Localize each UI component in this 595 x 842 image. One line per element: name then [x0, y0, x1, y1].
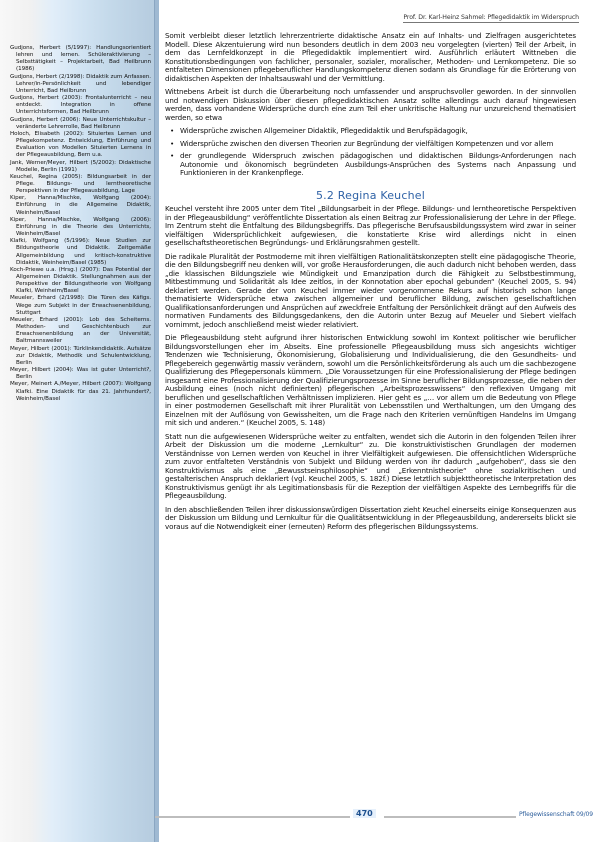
reference-entry: Gudjons, Herbert (2006): Neue Unterricht…: [10, 117, 151, 131]
bullet-item: •Widersprüche zwischen Allgemeiner Didak…: [165, 127, 576, 136]
bullet-list: •Widersprüche zwischen Allgemeiner Didak…: [165, 127, 576, 178]
bullet-icon: •: [170, 127, 174, 136]
sidebar-stripe: [154, 0, 159, 842]
bullet-text: Widersprüche zwischen den diversen Theor…: [180, 139, 553, 148]
reference-entry: Gudjons, Herbert (2003): Frontalunterric…: [10, 95, 151, 116]
reference-entry: Jank, Werner/Meyer, Hilbert (5/2002): Di…: [10, 160, 151, 174]
bullet-text: Widersprüche zwischen Allgemeiner Didakt…: [180, 126, 468, 135]
paragraph: Die Pflegeausbildung steht aufgrund ihre…: [165, 334, 576, 428]
reference-list: Gudjons, Herbert (5/1997): Handlungsorie…: [10, 45, 151, 403]
section-heading: 5.2 Regina Keuchel: [165, 192, 576, 201]
reference-entry: Holoch, Elisabeth (2002): Situiertes Ler…: [10, 131, 151, 160]
reference-entry: Gudjons, Herbert (2/1998): Didaktik zum …: [10, 74, 151, 95]
paragraph: Keuchel versteht ihre 2005 unter dem Tit…: [165, 205, 576, 248]
bullet-item: •Widersprüche zwischen den diversen Theo…: [165, 140, 576, 149]
references-sidebar: Gudjons, Herbert (5/1997): Handlungsorie…: [0, 0, 157, 842]
reference-entry: Meueler, Erhard (2001): Lob des Scheiter…: [10, 317, 151, 346]
reference-entry: Meyer, Meinert A./Meyer, Hilbert (2007):…: [10, 381, 151, 402]
paragraph: Statt nun die aufgewiesenen Widersprüche…: [165, 433, 576, 501]
footer-rule-left: [155, 816, 350, 818]
journal-label: Pflegewissenschaft 09/09: [519, 811, 593, 818]
paragraph: Somit verbleibt dieser letztlich lehrerz…: [165, 32, 576, 83]
bullet-icon: •: [170, 152, 174, 161]
paragraph: In den abschließenden Teilen ihrer disku…: [165, 506, 576, 532]
page-number: 470: [353, 809, 376, 818]
reference-entry: Keuchel, Regina (2005): Bildungsarbeit i…: [10, 174, 151, 195]
bullet-text: der grundlegende Widerspruch zwischen pä…: [180, 151, 576, 177]
bullet-icon: •: [170, 140, 174, 149]
main-column: Somit verbleibt dieser letztlich lehrerz…: [165, 32, 576, 536]
footer-rule-right: [384, 816, 516, 818]
reference-entry: Meueler, Erhard (2/1998): Die Türen des …: [10, 295, 151, 316]
running-header: Prof. Dr. Karl-Heinz Sahmel: Pflegedidak…: [403, 14, 579, 23]
reference-entry: Meyer, Hilbert (2004): Was ist guter Unt…: [10, 367, 151, 381]
reference-entry: Kiper, Hanna/Mischke, Wolfgang (2004): E…: [10, 195, 151, 216]
reference-entry: Koch-Priewe u.a. (Hrsg.) (2007): Das Pot…: [10, 267, 151, 296]
reference-entry: Gudjons, Herbert (5/1997): Handlungsorie…: [10, 45, 151, 74]
paragraph: Wittnebens Arbeit ist durch die Überarbe…: [165, 88, 576, 122]
reference-entry: Meyer, Hilbert (2001): Türklinkendidakti…: [10, 346, 151, 367]
reference-entry: Kiper, Hanna/Mischke, Wolfgang (2006): E…: [10, 217, 151, 238]
reference-entry: Klafki, Wolfgang (5/1996): Neue Studien …: [10, 238, 151, 267]
bullet-item: •der grundlegende Widerspruch zwischen p…: [165, 152, 576, 178]
paragraph: Die radikale Pluralität der Postmoderne …: [165, 253, 576, 330]
